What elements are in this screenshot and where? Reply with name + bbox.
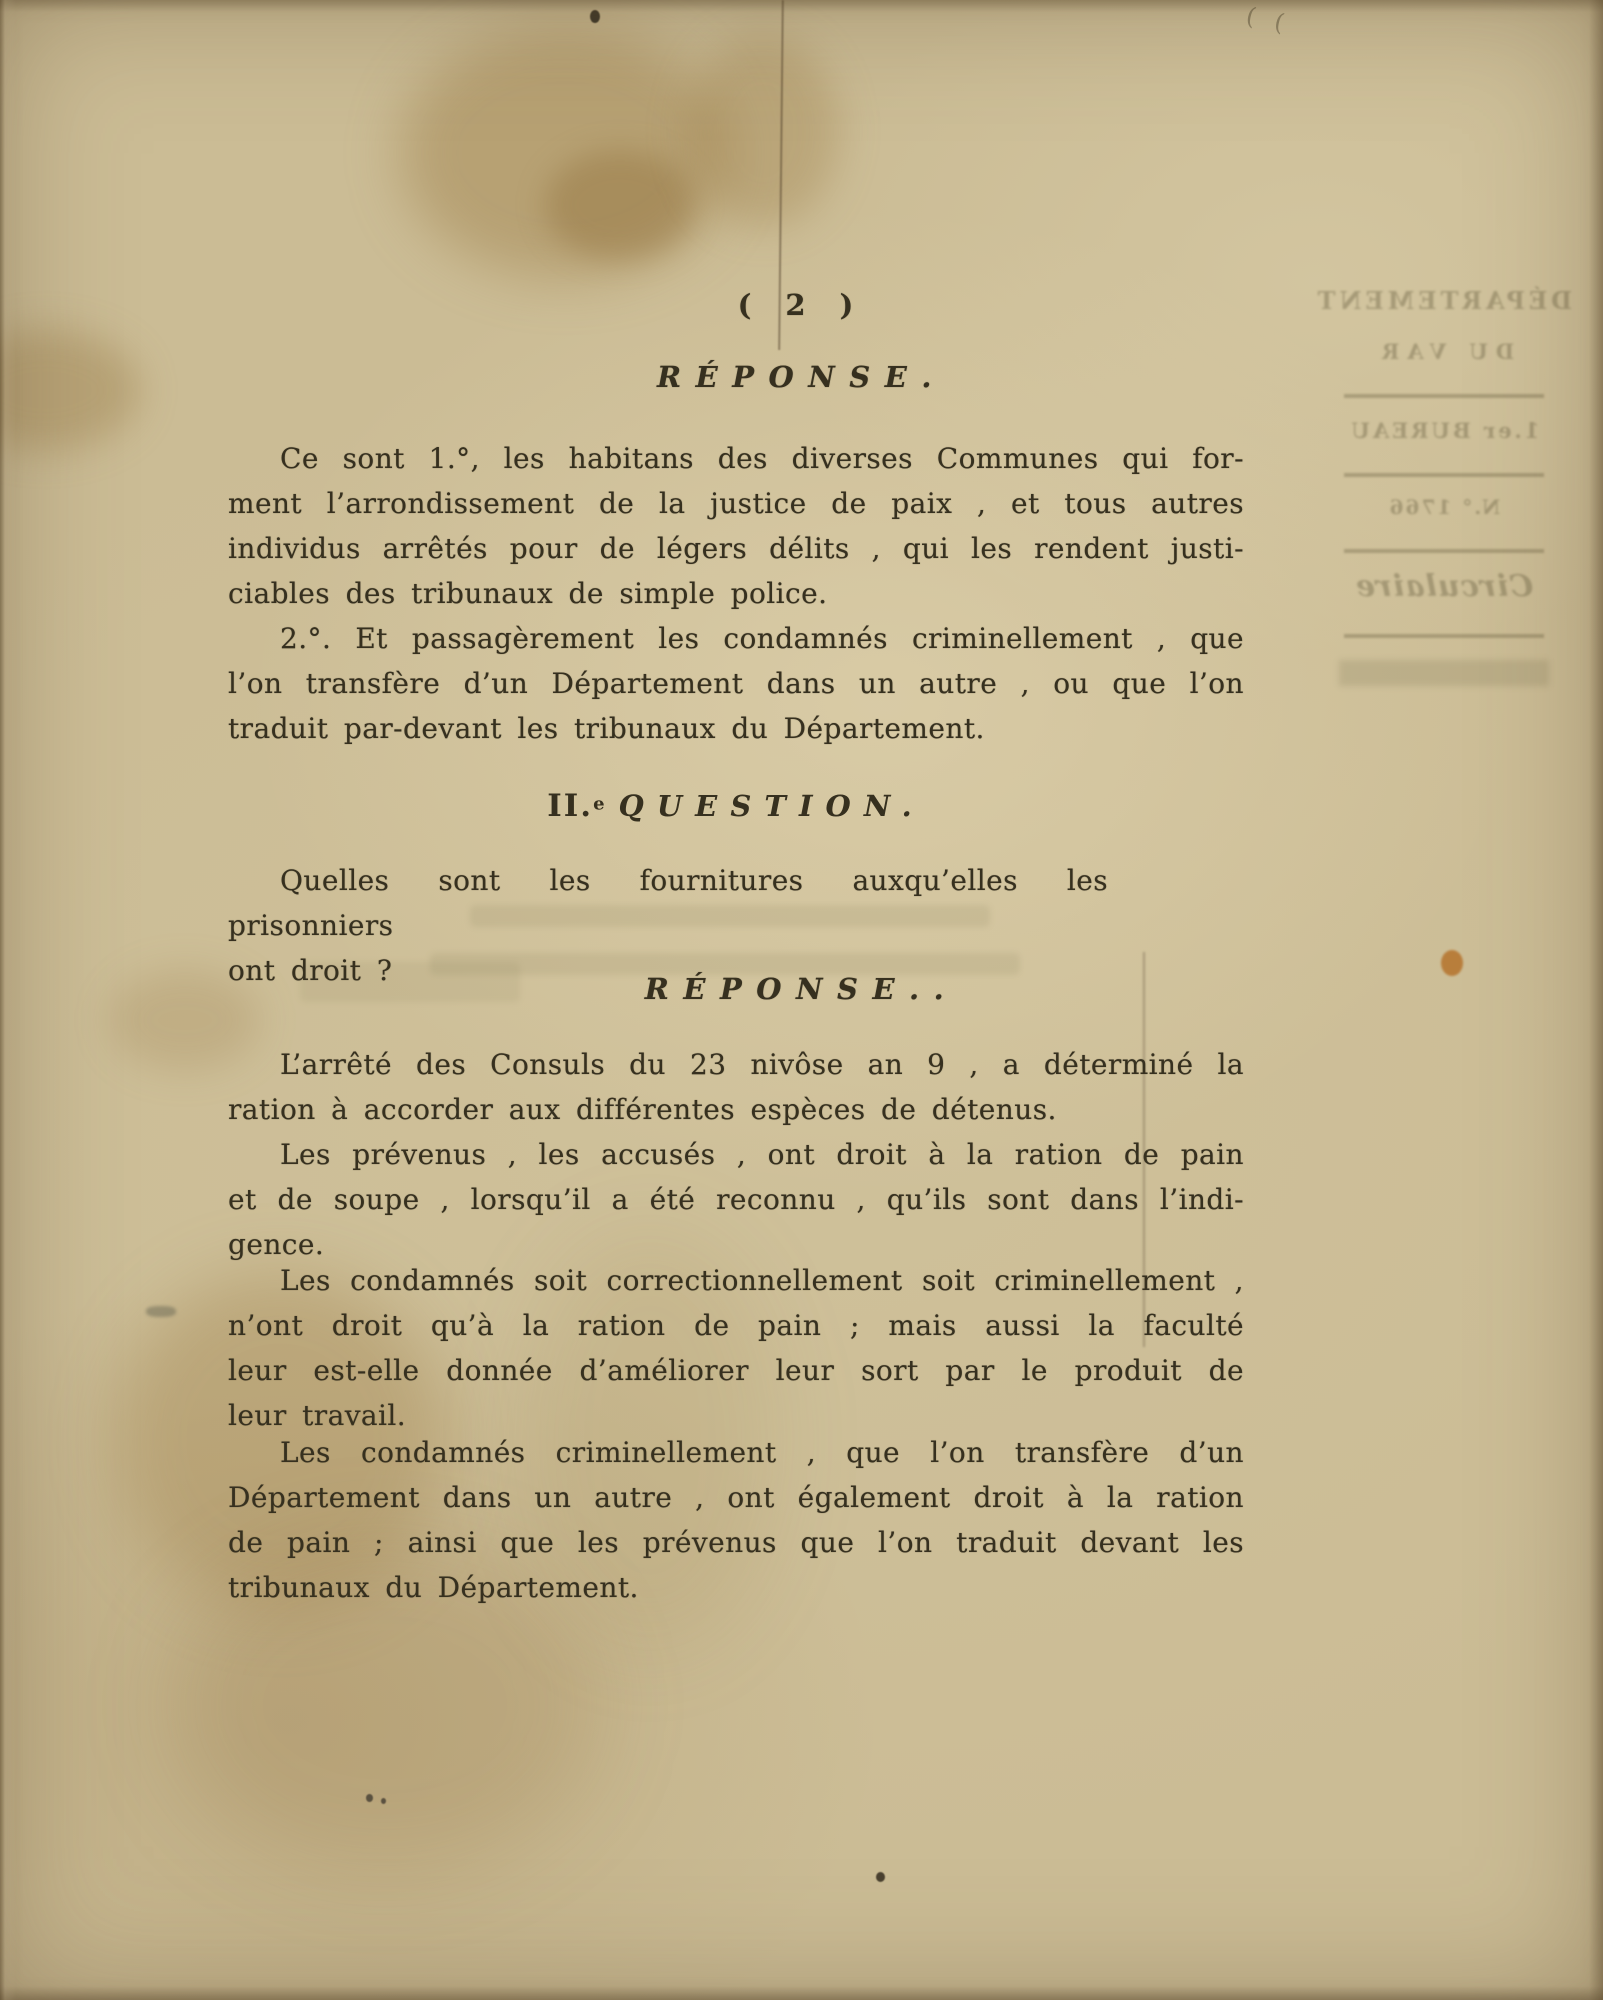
verso-rule (1344, 394, 1544, 398)
text-line: Quelles sont les fournitures auxqu’elles… (228, 858, 1108, 948)
verso-numero: N.° 1766 (1316, 495, 1572, 519)
text-line: n’ont droit qu’à la ration de pain ; mai… (228, 1303, 1244, 1348)
text-line: L’arrêté des Consuls du 23 nivôse an 9 ,… (228, 1042, 1244, 1087)
text-line: Les condamnés criminellement , que l’on … (228, 1430, 1244, 1475)
text-line: Département dans un autre , ont égalemen… (228, 1475, 1244, 1520)
verso-bureau: 1.er BUREAU (1316, 418, 1572, 443)
ink-speck (381, 1798, 386, 1804)
question-paragraph: Quelles sont les fournitures auxqu’elles… (228, 858, 1244, 993)
paragraph-5: Les condamnés soit correctionnellement s… (228, 1258, 1244, 1438)
text-line: 2.°. Et passagèrement les condamnés crim… (228, 616, 1244, 661)
page-number: ( 2 ) (0, 288, 1603, 322)
text-line: leur est-elle donnée d’améliorer leur so… (228, 1348, 1244, 1393)
verso-rule (1344, 473, 1544, 477)
question-superscript: e (593, 794, 604, 815)
text-line: tribunaux du Département. (228, 1565, 1244, 1610)
ink-speck (590, 10, 600, 23)
paper-stain (400, 28, 730, 278)
text-line: ment l’arrondissement de la justice de p… (228, 481, 1244, 526)
document-page: ( ( DÉPARTEMENT DU VAR 1.er BUREAU N.° 1… (0, 0, 1603, 2000)
paragraph-3: L’arrêté des Consuls du 23 nivôse an 9 ,… (228, 1042, 1244, 1132)
verso-rule (1344, 634, 1544, 638)
ink-speck (876, 1872, 885, 1882)
paper-stain (545, 150, 695, 260)
text-line: et de soupe , lorsqu’il a été reconnu , … (228, 1177, 1244, 1222)
question-word: QUESTION. (619, 789, 925, 823)
text-line: ciables des tribunaux de simple police. (228, 571, 1244, 616)
text-line: ration à accorder aux différentes espèce… (228, 1087, 1244, 1132)
paragraph-2: 2.°. Et passagèrement les condamnés crim… (228, 616, 1244, 751)
ink-speck (366, 1794, 373, 1802)
paragraph-6: Les condamnés criminellement , que l’on … (228, 1430, 1244, 1610)
verso-circulaire: Circulaire (1316, 569, 1572, 604)
text-line: individus arrêtés pour de légers délits … (228, 526, 1244, 571)
verso-rule (1344, 549, 1544, 553)
question-heading: II.eQUESTION. (228, 788, 1244, 824)
text-line: Les condamnés soit correctionnellement s… (228, 1258, 1244, 1303)
text-line: Les prévenus , les accusés , ont droit à… (228, 1132, 1244, 1177)
paper-stain (688, 36, 838, 226)
text-line: traduit par-devant les tribunaux du Dépa… (228, 706, 1244, 751)
reponse-heading-1: RÉPONSE. (0, 360, 1603, 394)
text-line: de pain ; ainsi que les prévenus que l’o… (228, 1520, 1244, 1565)
question-numeral: II. (547, 788, 593, 824)
ink-speck (146, 1306, 176, 1317)
paragraph-4: Les prévenus , les accusés , ont droit à… (228, 1132, 1244, 1267)
pencil-mark: ( ( (1244, 2, 1293, 39)
text-line: l’on transfère d’un Département dans un … (228, 661, 1244, 706)
verso-smudge (1339, 660, 1549, 686)
paragraph-1: Ce sont 1.°, les habitans des diverses C… (228, 436, 1244, 616)
verso-bleed-through: DÉPARTEMENT DU VAR 1.er BUREAU N.° 1766 … (1316, 286, 1572, 686)
text-line: Ce sont 1.°, les habitans des diverses C… (228, 436, 1244, 481)
text-line: ont droit ? (228, 948, 1244, 993)
